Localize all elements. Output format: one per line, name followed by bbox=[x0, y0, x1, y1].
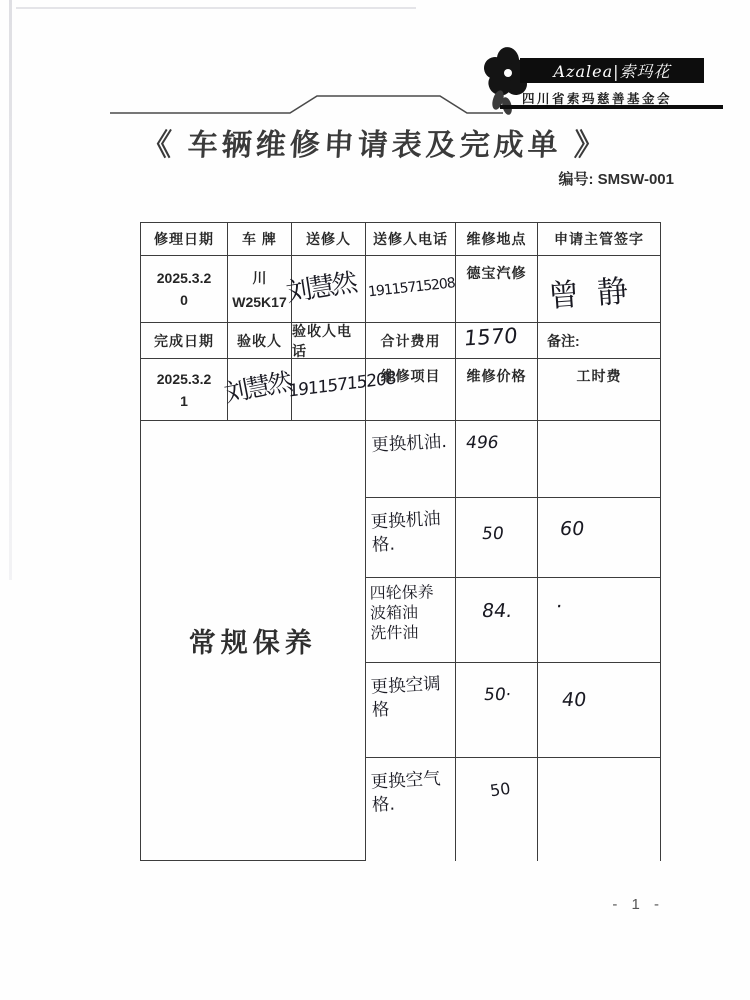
scanned-form-page: Azalea|索玛花 四川省索玛慈善基金会 《 车辆维修申请表及完成单 》 编号… bbox=[0, 0, 750, 1000]
item-row: 更换机油 格. 50 60 bbox=[366, 498, 661, 578]
remark-cell: 备注: bbox=[538, 323, 661, 359]
labor-header-cell: 工时费 bbox=[538, 359, 661, 421]
maintenance-block: 常规保养 更换机油. 496 bbox=[141, 421, 661, 861]
doc-title: 《 车辆维修申请表及完成单 》 bbox=[0, 120, 750, 164]
item-name-text: 更换空调 格 bbox=[364, 661, 446, 723]
item-name: 四轮保养 波箱油 洗件油 bbox=[366, 578, 456, 663]
header-row-2: 完成日期 验收人 验收人电话 合计费用 1570 备注: bbox=[141, 323, 661, 359]
item-name: 更换机油. bbox=[366, 421, 456, 498]
inspector-signature: 刘慧然 bbox=[221, 362, 293, 410]
item-name-text: 四轮保养 波箱油 洗件油 bbox=[365, 577, 436, 643]
header-repair-date: 修理日期 bbox=[141, 223, 228, 256]
header-sender-phone: 送修人电话 bbox=[366, 223, 456, 256]
items-grid: 更换机油. 496 更换机油 格. bbox=[366, 421, 661, 861]
complete-date-line1: 2025.3.2 bbox=[157, 371, 212, 387]
header-total-cost: 合计费用 bbox=[366, 323, 456, 359]
repair-date-line1: 2025.3.2 bbox=[157, 270, 212, 286]
item-labor bbox=[538, 758, 661, 861]
item-name: 更换机油 格. bbox=[366, 498, 456, 578]
manager-signature-cell: 曾 静 bbox=[538, 256, 661, 323]
brand-text: Azalea|索玛花 bbox=[553, 59, 670, 82]
scan-edge-artifact bbox=[16, 7, 416, 9]
category-cell: 常规保养 bbox=[141, 421, 366, 861]
item-price: 50 bbox=[456, 498, 538, 578]
category-label: 常规保养 bbox=[189, 621, 317, 660]
logo-underline bbox=[500, 105, 723, 109]
total-cost-value: 1570 bbox=[463, 324, 518, 351]
item-name: 更换空调 格 bbox=[366, 663, 456, 758]
item-row: 四轮保养 波箱油 洗件油 84. · bbox=[366, 578, 661, 663]
header-plate: 车 牌 bbox=[228, 223, 292, 256]
total-cost-cell: 1570 bbox=[456, 323, 538, 359]
item-price: 84. bbox=[456, 578, 538, 663]
manager-signature: 曾 静 bbox=[547, 265, 634, 316]
item-row: 更换空调 格 50· 40 bbox=[366, 663, 661, 758]
header-manager-sign: 申请主管签字 bbox=[538, 223, 661, 256]
item-labor: 40 bbox=[538, 663, 661, 758]
scan-edge-artifact bbox=[9, 0, 12, 580]
brand-banner: Azalea|索玛花 bbox=[520, 58, 704, 83]
complete-date-line2: 1 bbox=[180, 393, 188, 409]
item-labor bbox=[538, 421, 661, 498]
item-labor: 60 bbox=[538, 498, 661, 578]
plate-number: W25K17 bbox=[232, 294, 286, 310]
completion-row: 2025.3.2 1 刘慧然 19115715208 维修项目 维修价格 工时费 bbox=[141, 359, 661, 421]
header-inspector: 验收人 bbox=[228, 323, 292, 359]
item-name-text: 更换机油. bbox=[365, 419, 451, 458]
inspector-signature-cell: 刘慧然 bbox=[228, 359, 292, 421]
inspector-phone-cell: 19115715208 bbox=[292, 359, 366, 421]
repair-form-table: 修理日期 车 牌 送修人 送修人电话 维修地点 申请主管签字 2025.3.2 … bbox=[140, 222, 661, 861]
header-sender: 送修人 bbox=[292, 223, 366, 256]
item-name-text: 更换机油 格. bbox=[364, 496, 446, 558]
doc-number: 编号: SMSW-001 bbox=[558, 168, 674, 189]
sender-signature: 刘慧然 bbox=[283, 262, 357, 309]
page-number: - 1 - bbox=[612, 896, 664, 913]
item-price: 496 bbox=[456, 421, 538, 498]
plate-cell: 川 W25K17 bbox=[228, 256, 292, 323]
plate-province: 川 bbox=[253, 268, 267, 288]
item-labor: · bbox=[538, 578, 661, 663]
item-price: 50· bbox=[456, 663, 538, 758]
request-row: 2025.3.2 0 川 W25K17 刘慧然 19115715208 德宝汽修… bbox=[141, 256, 661, 323]
item-row: 更换空气 格. 50 bbox=[366, 758, 661, 861]
charity-logo: Azalea|索玛花 四川省索玛慈善基金会 bbox=[478, 44, 733, 116]
repair-date-line2: 0 bbox=[180, 292, 188, 308]
price-header-cell: 维修价格 bbox=[456, 359, 538, 421]
sender-signature-cell: 刘慧然 bbox=[292, 256, 366, 323]
header-inspector-phone: 验收人电话 bbox=[292, 323, 366, 359]
complete-date-cell: 2025.3.2 1 bbox=[141, 359, 228, 421]
repair-location-cell: 德宝汽修 bbox=[456, 256, 538, 323]
item-row: 更换机油. 496 bbox=[366, 421, 661, 498]
header-row-1: 修理日期 车 牌 送修人 送修人电话 维修地点 申请主管签字 bbox=[141, 223, 661, 256]
item-price: 50 bbox=[456, 758, 538, 861]
item-name: 更换空气 格. bbox=[366, 758, 456, 861]
header-complete-date: 完成日期 bbox=[141, 323, 228, 359]
sender-phone-cell: 19115715208 bbox=[366, 256, 456, 323]
sender-phone-handwritten: 19115715208 bbox=[367, 275, 455, 300]
header-location: 维修地点 bbox=[456, 223, 538, 256]
repair-date-cell: 2025.3.2 0 bbox=[141, 256, 228, 323]
items-header-cell: 维修项目 bbox=[366, 359, 456, 421]
item-name-text: 更换空气 格. bbox=[364, 756, 446, 818]
